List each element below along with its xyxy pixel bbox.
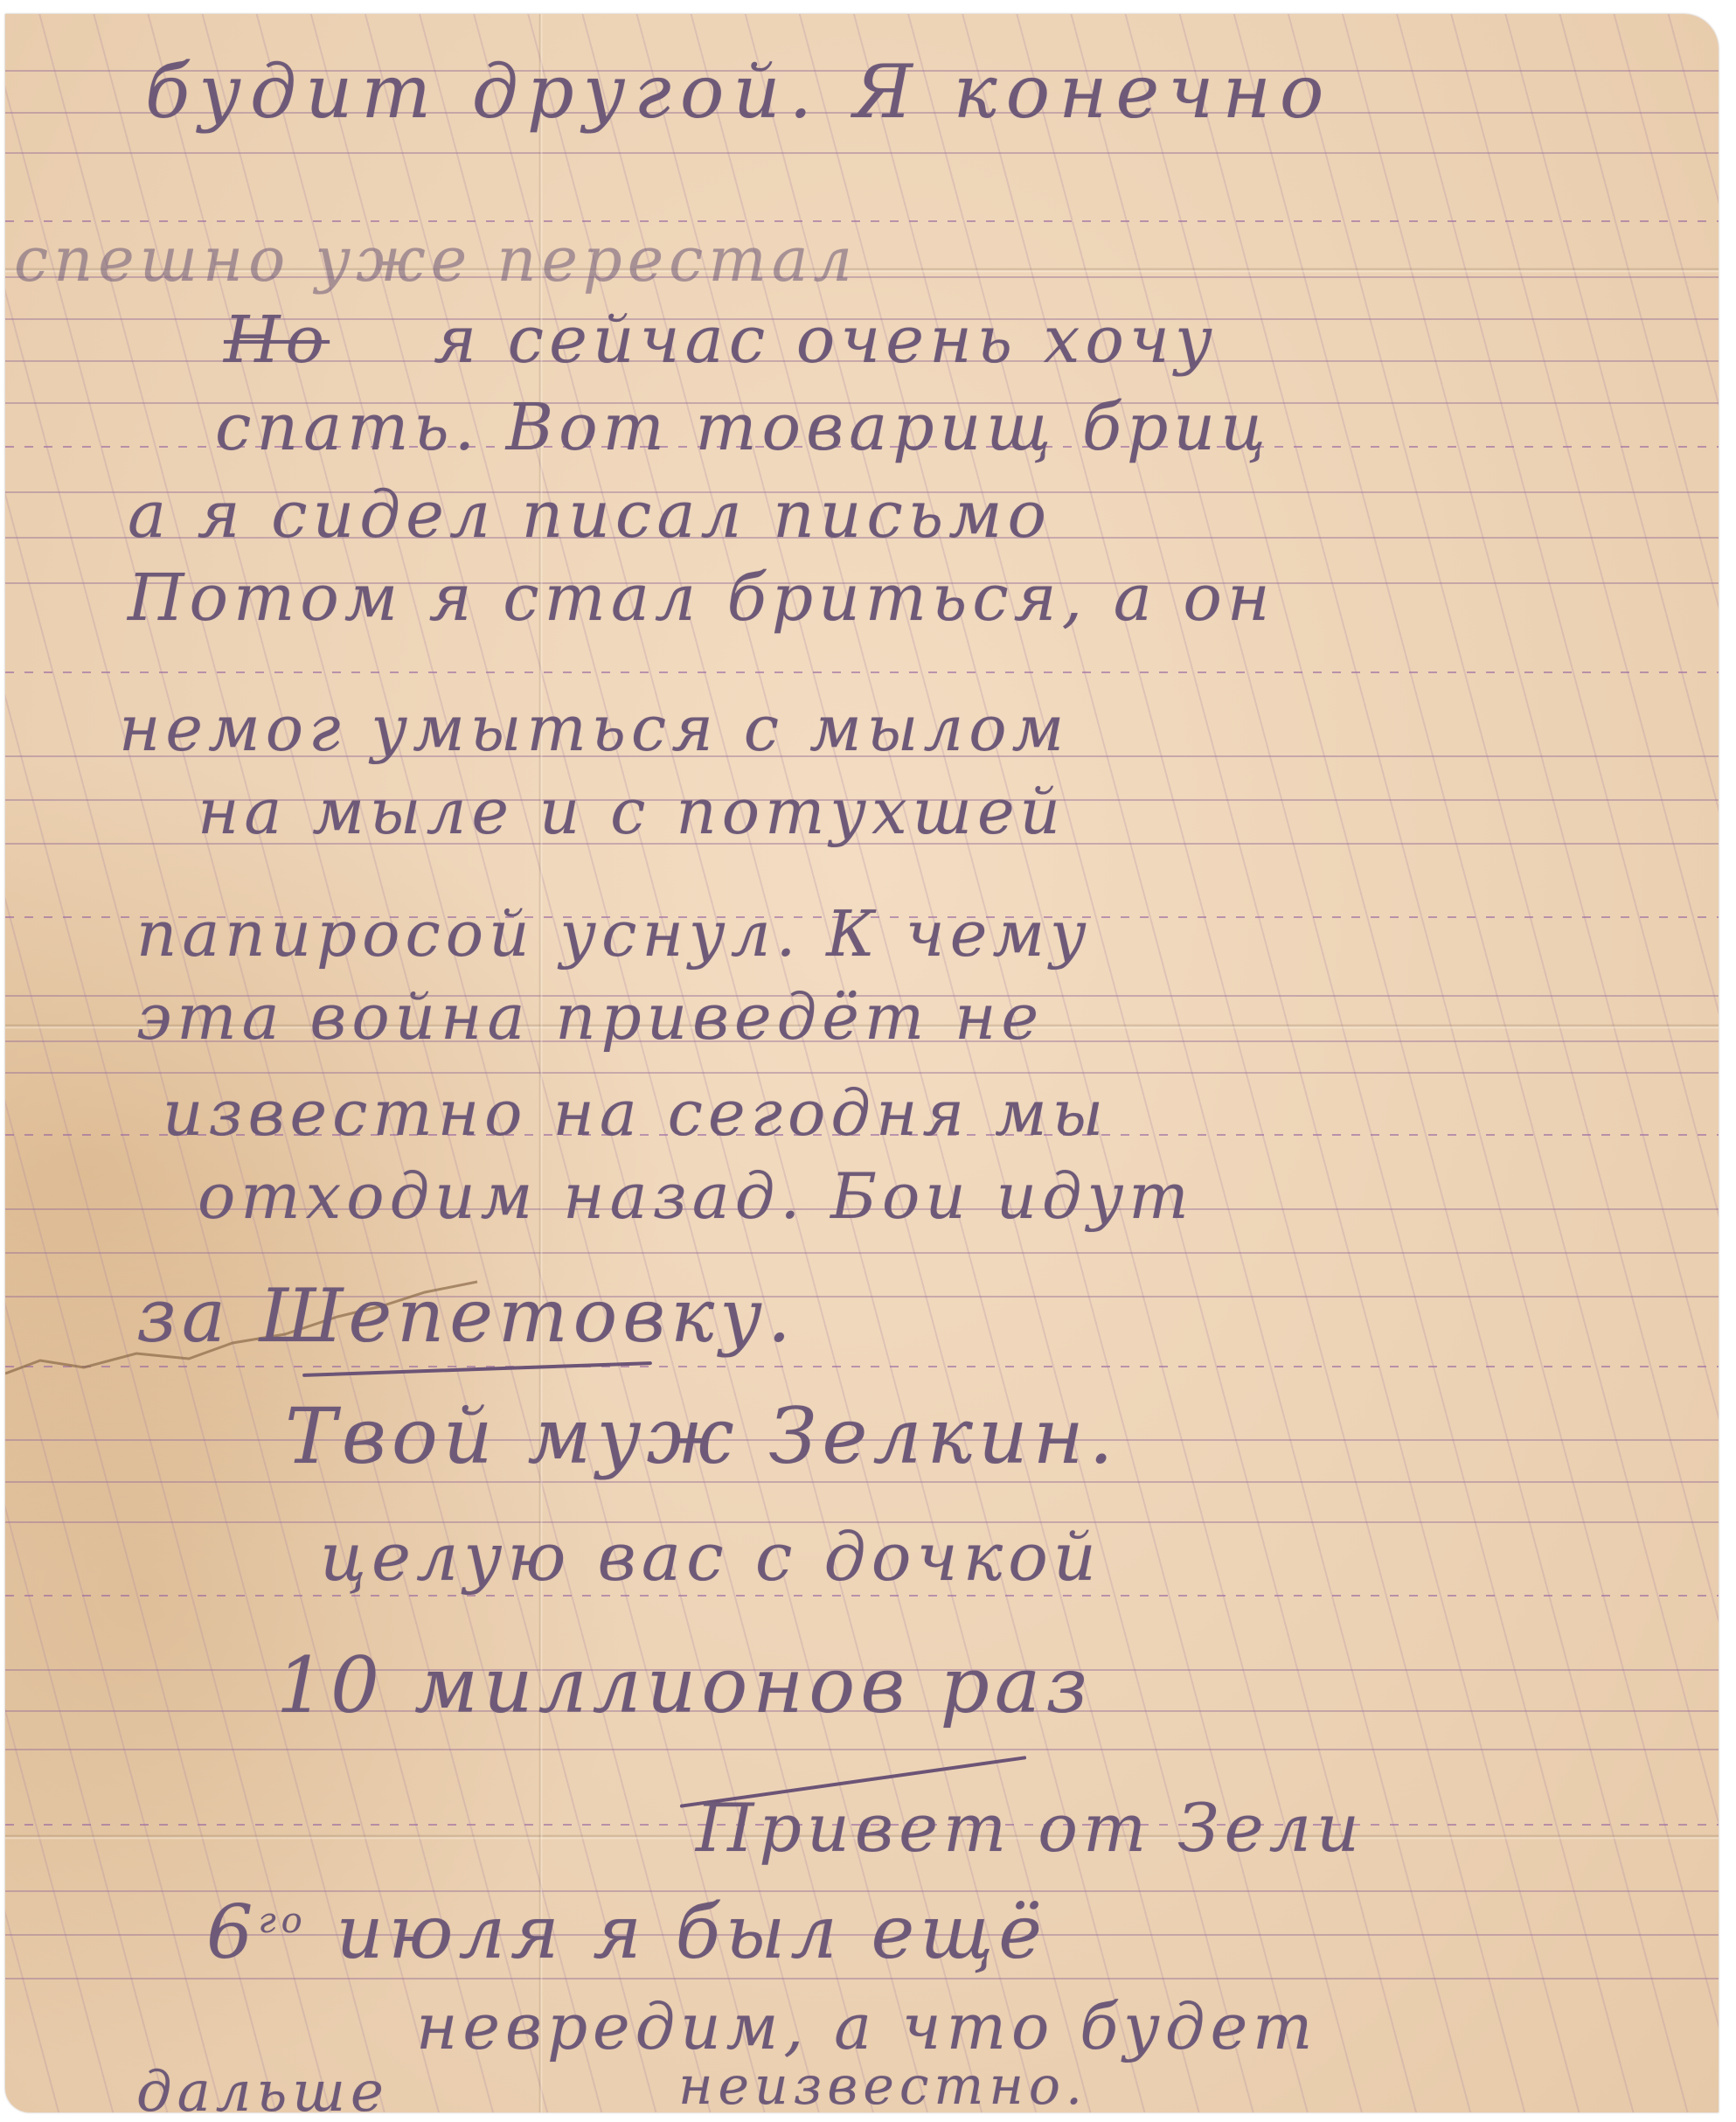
letter-line-text: июля я был ещё <box>336 1889 1047 1975</box>
letter-line: спешно уже перестал <box>14 224 858 296</box>
letter-line: дальше <box>136 2060 389 2112</box>
ruled-line-dashed <box>5 220 1719 222</box>
date-day: 6 <box>206 1889 258 1975</box>
signature-line: Твой муж Зелкин. <box>285 1391 1119 1481</box>
date-suffix: го <box>258 1901 307 1941</box>
letter-line: известно на сегодня мы <box>163 1076 1108 1150</box>
letter-line: Потом я стал бриться, а он <box>128 560 1275 636</box>
ruled-line <box>5 1481 1719 1483</box>
letter-line: за Шепетовку. <box>136 1273 796 1359</box>
letter-line: 6го июля я был ещё <box>206 1889 1047 1975</box>
ruled-line <box>5 1252 1719 1254</box>
letter-line: эта война приведёт не <box>136 980 1044 1054</box>
letter-line: отходим назад. Бои идут <box>198 1159 1194 1233</box>
letter-line-text: я сейчас очень хочу <box>434 303 1218 378</box>
letter-line: Привет от Зели <box>696 1789 1364 1867</box>
letter-line: папиросой уснул. К чему <box>136 897 1092 971</box>
letter-line: будит другой. Я конечно <box>145 49 1332 135</box>
letter-line: на мыле и с потухшей <box>198 775 1066 848</box>
struck-word: Но <box>224 303 330 378</box>
letter-line: 10 миллионов раз <box>276 1640 1093 1730</box>
letter-line: невредим, а что будет <box>416 1990 1317 2063</box>
letter-line: целую вас с дочкой <box>320 1518 1101 1596</box>
letter-line: неизвестно. <box>678 2056 1087 2112</box>
letter-line: спать. Вот товарищ бриц <box>215 390 1271 465</box>
ruled-line <box>5 1749 1719 1750</box>
letter-line: а я сидел писал письмо <box>128 477 1052 553</box>
ruled-line <box>5 1072 1719 1074</box>
ruled-line-dashed <box>5 671 1719 673</box>
letter-line: Но я сейчас очень хочу <box>224 303 1218 378</box>
letter-paper: будит другой. Я конечно спешно уже перес… <box>5 14 1719 2112</box>
ruled-line <box>5 1978 1719 1979</box>
ruled-line <box>5 152 1719 154</box>
letter-line: немог умыться с мылом <box>119 692 1069 765</box>
